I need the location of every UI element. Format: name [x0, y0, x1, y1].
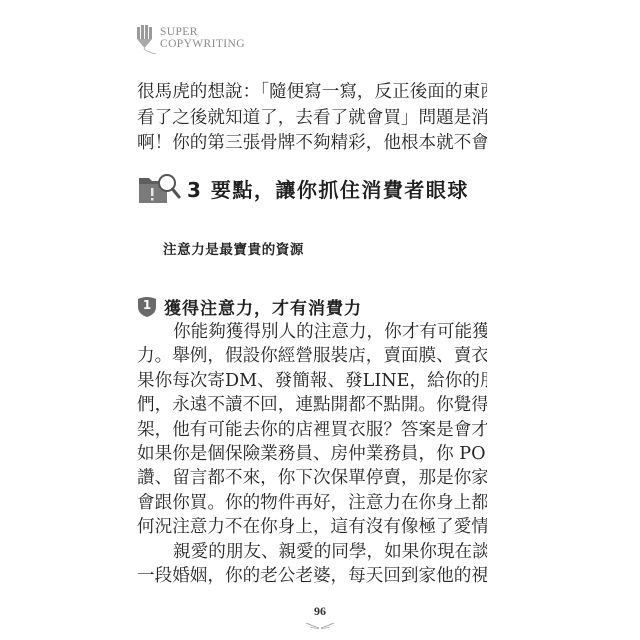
text-line: 一段婚姻，你的老公老婆，每天回到家他的視線都不在你身 — [137, 564, 487, 588]
text-line: 啊！你的第三張骨牌不夠精彩，他根本就不會看，對不對？ — [137, 131, 487, 157]
badge-number: 1 — [137, 298, 157, 312]
text-line: 力。舉例，假設你經營服裝店，賣面膜、賣衣服、賣包包，如 — [137, 344, 487, 368]
book-series-logo: SUPER COPYWRITING — [134, 24, 245, 56]
logo-line-2: COPYWRITING — [160, 38, 245, 50]
body-paragraphs: 你能夠獲得別人的注意力，你才有可能獲得別人的消費 力。舉例，假設你經營服裝店，賣… — [137, 320, 487, 588]
text-line: 讚、留言都不來，你下次保單停賣，那是你家的事情，沒有人 — [137, 466, 487, 490]
text-line: 看了之後就知道了，去看了就會買」問題是消費者不一定會看 — [137, 106, 487, 132]
point-title: 獲得注意力，才有消費力 — [164, 294, 362, 319]
text-line: 會跟你買。你的物件再好，注意力在你身上都不見得跟你買， — [137, 491, 487, 515]
section-heading: 3 要點，讓你抓住消費者眼球 — [137, 170, 469, 206]
subheading: 注意力是最寶貴的資源 — [163, 238, 304, 258]
point-heading: 1 獲得注意力，才有消費力 — [137, 294, 362, 319]
intro-paragraph: 很馬虎的想說：「隨便寫一寫，反正後面的東西做得很棒，去 看了之後就知道了，去看了… — [137, 80, 487, 157]
section-title: 3 要點，讓你抓住消費者眼球 — [187, 174, 469, 203]
page-ornament-icon — [304, 620, 336, 630]
number-badge: 1 — [137, 296, 157, 318]
text-line: 們，永遠不讀不回，連點開都不點開。你覺得你下次新品上 — [137, 393, 487, 417]
page-number: 96 — [0, 604, 640, 619]
pencil-book-icon — [134, 24, 156, 56]
text-line: 很馬虎的想說：「隨便寫一寫，反正後面的東西做得很棒，去 — [137, 80, 487, 106]
text-line: 如果你是個保險業務員、房仲業務員，你 PO 個文，人家連按 — [137, 442, 487, 466]
text-line: 你能夠獲得別人的注意力，你才有可能獲得別人的消費 — [137, 320, 487, 344]
text-line: 何況注意力不在你身上，這有沒有像極了愛情。 — [137, 515, 487, 539]
text-line: 親愛的朋友、親愛的同學，如果你現在談戀愛或者你已有 — [137, 540, 487, 564]
text-line: 果你每次寄DM、發簡報、發LINE，給你的朋友、客戶、粉絲 — [137, 369, 487, 393]
logo-line-1: SUPER — [160, 26, 245, 38]
folder-magnifier-icon — [137, 170, 181, 206]
text-line: 架，他有可能去你的店裡買衣服？答案是會才有鬼，對不對？ — [137, 418, 487, 442]
